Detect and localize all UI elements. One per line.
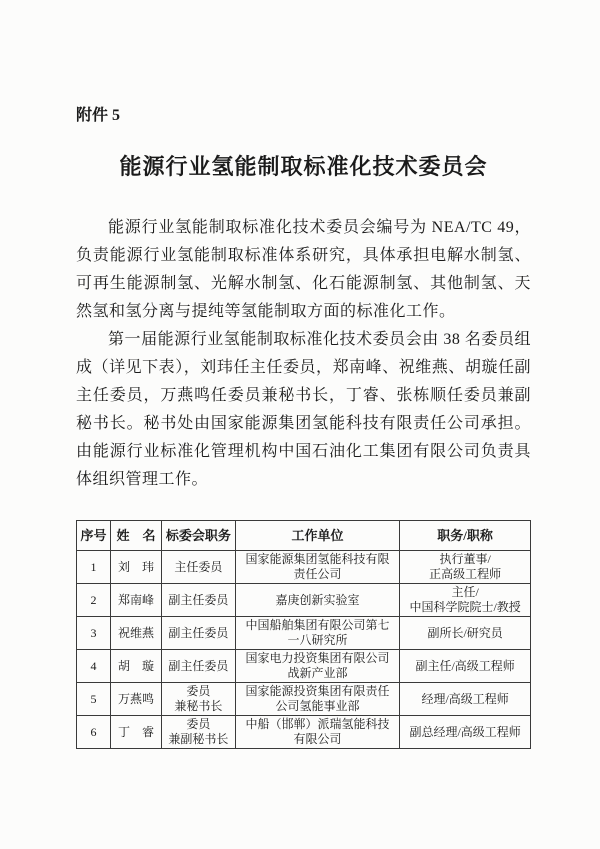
table-row: 3 祝维燕 副主任委员 中国船舶集团有限公司第七 一八研究所 副所长/研究员 xyxy=(77,617,531,650)
cell-no: 2 xyxy=(77,584,111,617)
cell-committee-role: 委员 兼秘书长 xyxy=(161,683,235,716)
attachment-label: 附件 5 xyxy=(76,104,531,128)
cell-organization: 中船（邯郸）派瑞氢能科技 有限公司 xyxy=(235,716,399,749)
header-cell-org: 工作单位 xyxy=(235,521,399,551)
cell-job-title: 副主任/高级工程师 xyxy=(400,650,531,683)
table-row: 5 万燕鸣 委员 兼秘书长 国家能源投资集团有限责任 公司氢能事业部 经理/高级… xyxy=(77,683,531,716)
cell-organization: 国家能源投资集团有限责任 公司氢能事业部 xyxy=(235,683,399,716)
table-row: 4 胡 璇 副主任委员 国家电力投资集团有限公司 战新产业部 副主任/高级工程师 xyxy=(77,650,531,683)
table-header-row: 序号 姓 名 标委会职务 工作单位 职务/职称 xyxy=(77,521,531,551)
header-cell-job: 职务/职称 xyxy=(400,521,531,551)
cell-no: 3 xyxy=(77,617,111,650)
cell-organization: 国家能源集团氢能科技有限 责任公司 xyxy=(235,551,399,584)
cell-no: 6 xyxy=(77,716,111,749)
cell-no: 1 xyxy=(77,551,111,584)
cell-committee-role: 主任委员 xyxy=(161,551,235,584)
document-page: 附件 5 能源行业氢能制取标准化技术委员会 能源行业氢能制取标准化技术委员会编号… xyxy=(0,0,600,849)
cell-no: 4 xyxy=(77,650,111,683)
cell-job-title: 副总经理/高级工程师 xyxy=(400,716,531,749)
header-cell-name: 姓 名 xyxy=(111,521,162,551)
document-title: 能源行业氢能制取标准化技术委员会 xyxy=(76,152,531,182)
cell-name: 刘 玮 xyxy=(111,551,162,584)
cell-job-title: 主任/ 中国科学院院士/教授 xyxy=(400,584,531,617)
table-row: 1 刘 玮 主任委员 国家能源集团氢能科技有限 责任公司 执行董事/ 正高级工程… xyxy=(77,551,531,584)
cell-organization: 嘉庚创新实验室 xyxy=(235,584,399,617)
body-paragraph-1: 能源行业氢能制取标准化技术委员会编号为 NEA/TC 49，负责能源行业氢能制取… xyxy=(76,214,531,326)
cell-name: 万燕鸣 xyxy=(111,683,162,716)
table-row: 2 郑南峰 副主任委员 嘉庚创新实验室 主任/ 中国科学院院士/教授 xyxy=(77,584,531,617)
header-cell-role: 标委会职务 xyxy=(161,521,235,551)
table-row: 6 丁 睿 委员 兼副秘书长 中船（邯郸）派瑞氢能科技 有限公司 副总经理/高级… xyxy=(77,716,531,749)
cell-organization: 国家电力投资集团有限公司 战新产业部 xyxy=(235,650,399,683)
cell-name: 郑南峰 xyxy=(111,584,162,617)
cell-name: 祝维燕 xyxy=(111,617,162,650)
cell-committee-role: 副主任委员 xyxy=(161,650,235,683)
cell-committee-role: 委员 兼副秘书长 xyxy=(161,716,235,749)
cell-job-title: 执行董事/ 正高级工程师 xyxy=(400,551,531,584)
cell-job-title: 经理/高级工程师 xyxy=(400,683,531,716)
cell-committee-role: 副主任委员 xyxy=(161,617,235,650)
cell-name: 胡 璇 xyxy=(111,650,162,683)
document-body: 能源行业氢能制取标准化技术委员会编号为 NEA/TC 49，负责能源行业氢能制取… xyxy=(76,214,531,494)
cell-job-title: 副所长/研究员 xyxy=(400,617,531,650)
header-cell-no: 序号 xyxy=(77,521,111,551)
body-paragraph-2: 第一届能源行业氢能制取标准化技术委员会由 38 名委员组成（详见下表），刘玮任主… xyxy=(76,326,531,494)
cell-no: 5 xyxy=(77,683,111,716)
cell-name: 丁 睿 xyxy=(111,716,162,749)
committee-table: 序号 姓 名 标委会职务 工作单位 职务/职称 1 刘 玮 主任委员 国家能源集… xyxy=(76,520,531,749)
cell-committee-role: 副主任委员 xyxy=(161,584,235,617)
cell-organization: 中国船舶集团有限公司第七 一八研究所 xyxy=(235,617,399,650)
